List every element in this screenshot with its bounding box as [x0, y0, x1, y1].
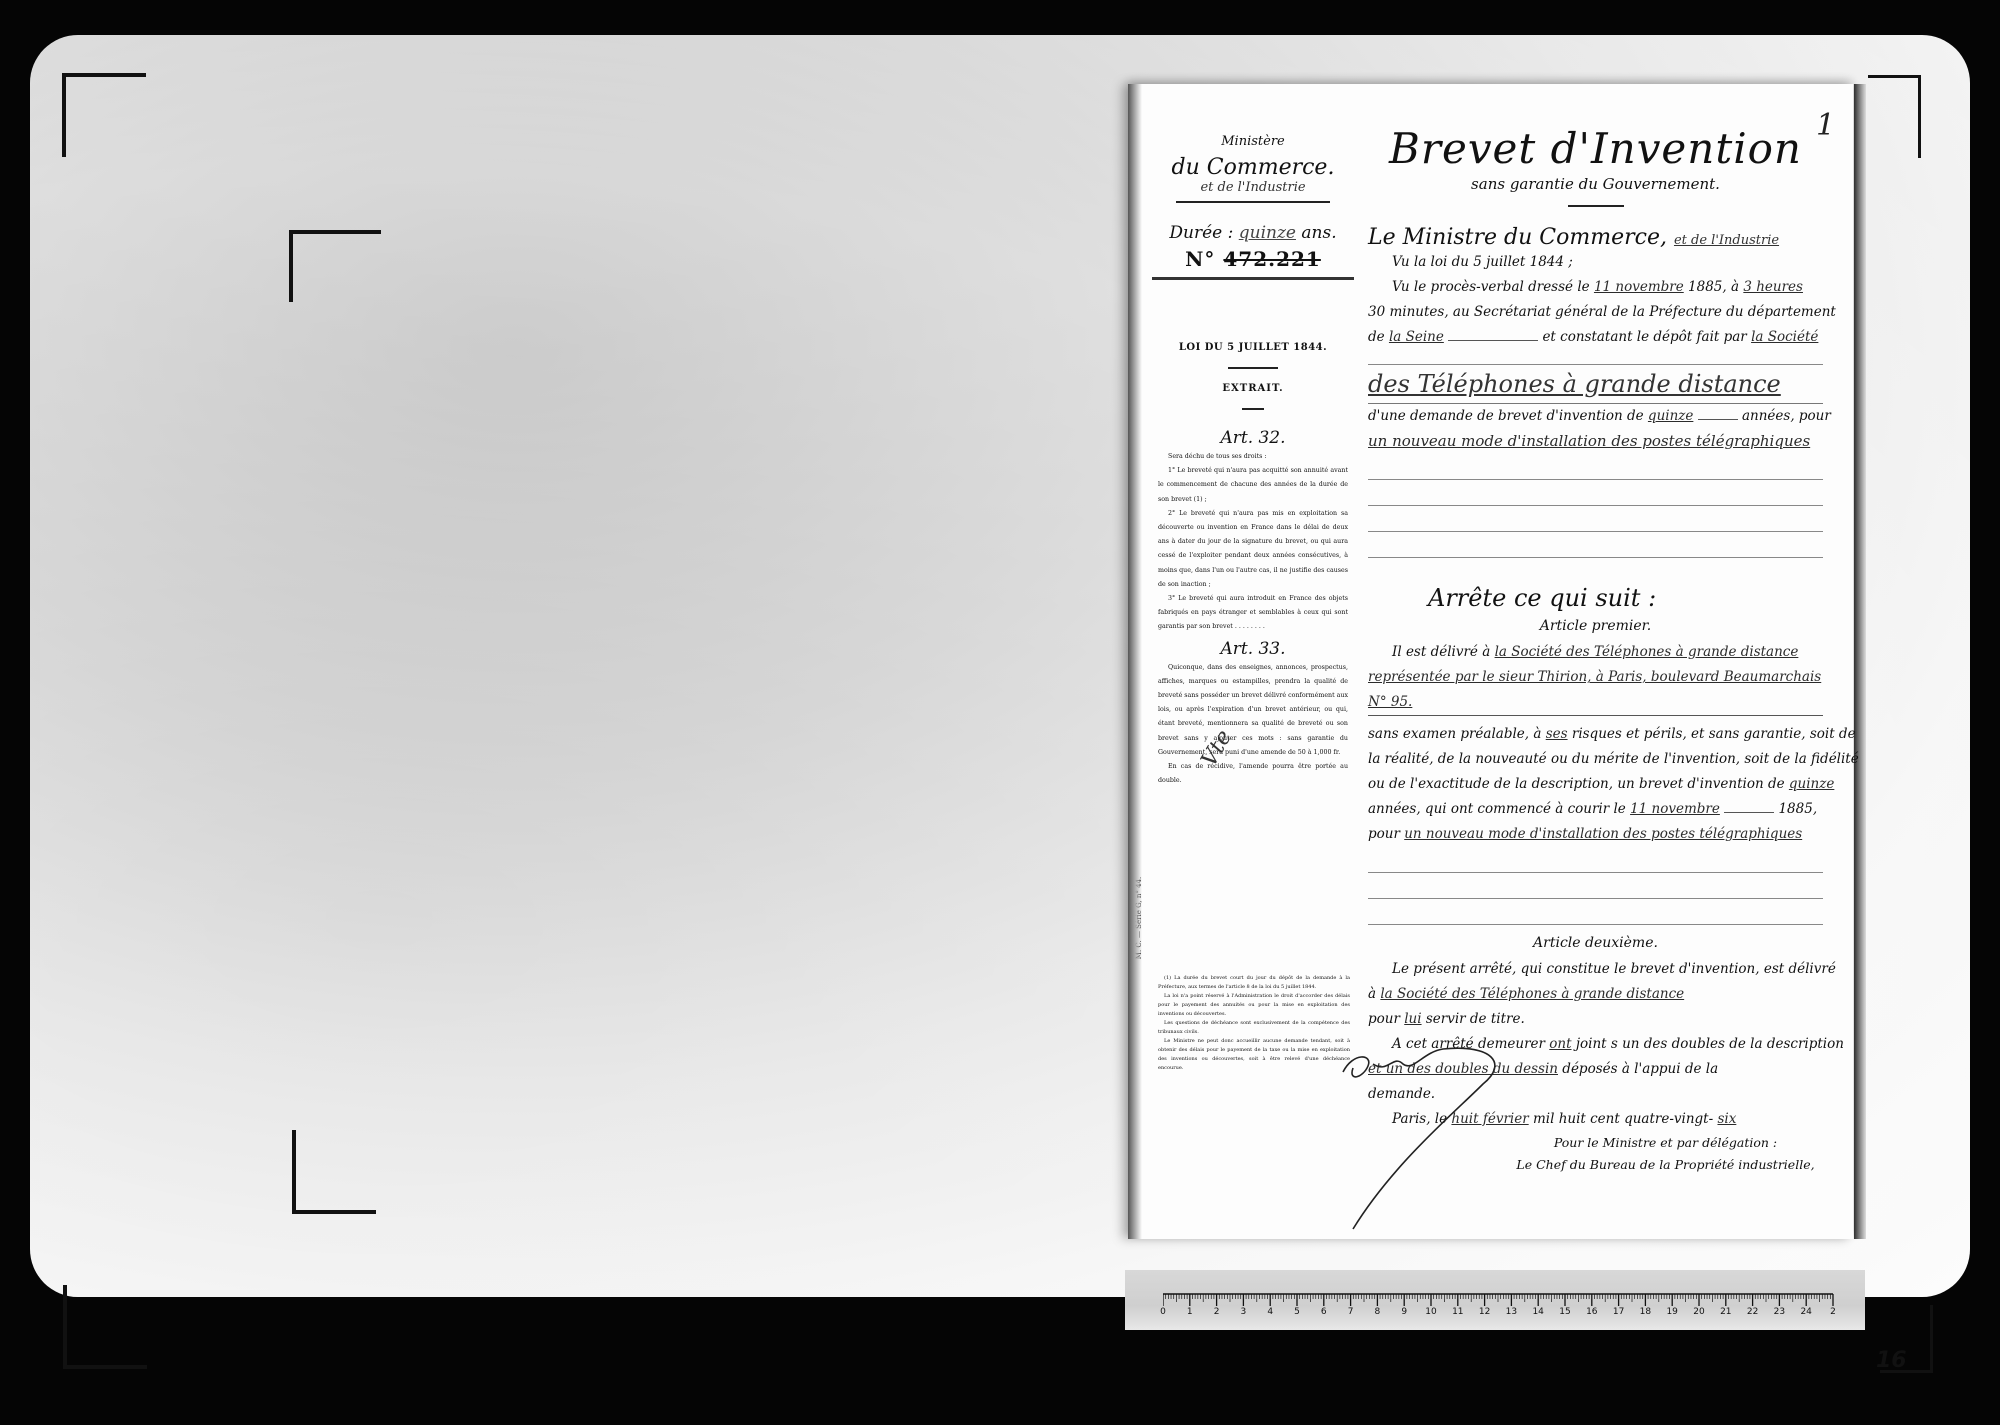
divider — [1242, 408, 1264, 410]
hand-text: lui — [1404, 1011, 1421, 1027]
crop-mark-bottom-left — [63, 1285, 147, 1369]
blank-line — [1368, 480, 1823, 506]
blank-line — [1368, 899, 1823, 925]
ruler-tick-label: 15 — [1559, 1307, 1570, 1317]
text: 1885, — [1778, 801, 1817, 817]
ruler-tick-label: 13 — [1506, 1307, 1517, 1317]
page-spine-shadow — [1128, 84, 1142, 1239]
scale-ruler: 0123456789101112131415161718192021222324… — [1163, 1293, 1833, 1321]
ruler-tick-label: 17 — [1613, 1307, 1624, 1317]
document-title: Brevet d'Invention — [1368, 124, 1823, 173]
ruler-tick-label: 11 — [1452, 1307, 1463, 1317]
text: risques et périls, et sans garantie, soi… — [1572, 726, 1856, 742]
hand-date: 11 novembre — [1630, 801, 1720, 817]
ruler-tick-label: 23 — [1774, 1307, 1785, 1317]
proces-verbal-line: Vu le procès-verbal dressé le 11 novembr… — [1368, 275, 1823, 300]
hand-object: un nouveau mode d'installation des poste… — [1404, 826, 1802, 842]
text: à — [1368, 986, 1376, 1002]
text: pour — [1368, 826, 1400, 842]
text: Vu le procès-verbal dressé le — [1392, 279, 1590, 295]
text: et constatant le dépôt fait par — [1542, 329, 1746, 345]
ruler-tick-label: 20 — [1693, 1307, 1704, 1317]
text: années, qui ont commencé à courir le — [1368, 801, 1626, 817]
ruler-tick-label: 1 — [1187, 1307, 1193, 1317]
hand-text: ont — [1549, 1036, 1571, 1052]
blank-line — [1448, 340, 1538, 341]
ruler-tick-label: 5 — [1294, 1307, 1300, 1317]
ruler-tick-label: 22 — [1747, 1307, 1758, 1317]
signature-icon — [1333, 1044, 1543, 1244]
numero-value: 472.221 — [1223, 247, 1320, 271]
legal-paragraph: 2° Le breveté qui n'aura pas mis en expl… — [1158, 507, 1348, 592]
department-line: de la Seine et constatant le dépôt fait … — [1368, 325, 1823, 350]
article2-title: Article deuxième. — [1368, 935, 1823, 951]
footnote: (1) La durée du brevet court du jour du … — [1158, 974, 1350, 992]
chef-label: Le Chef du Bureau de la Propriété indust… — [1508, 1154, 1823, 1176]
hand-depositor: la Société — [1751, 329, 1818, 345]
duree-unit: ans. — [1301, 223, 1336, 243]
legal-paragraph: Sera déchu de tous ses droits : — [1158, 450, 1348, 464]
ruler-tick-label: 2 — [1830, 1307, 1836, 1317]
blank-line — [1368, 532, 1823, 558]
arrete-heading: Arrête ce qui suit : — [1428, 584, 1823, 612]
ruler-tick-label: 21 — [1720, 1307, 1731, 1317]
text: mil huit cent quatre-vingt- — [1533, 1111, 1713, 1127]
article1-line6: ou de l'exactitude de la description, un… — [1368, 772, 1823, 797]
text: sans examen préalable, à — [1368, 726, 1541, 742]
ruler-tick-label: 18 — [1640, 1307, 1651, 1317]
blank-line — [1368, 873, 1823, 899]
ruler-tick-label: 24 — [1800, 1307, 1811, 1317]
hand-years: quinze — [1789, 776, 1834, 792]
article1-line1: Il est délivré à la Société des Téléphon… — [1368, 640, 1823, 665]
text: 1885, à — [1688, 279, 1739, 295]
legal-paragraph: 3° Le breveté qui aura introduit en Fran… — [1158, 592, 1348, 635]
text: d'une demande de brevet d'invention de — [1368, 408, 1644, 424]
article1-line7: années, qui ont commencé à courir le 11 … — [1368, 797, 1823, 822]
hand-date: 11 novembre — [1594, 279, 1684, 295]
ruler-tick-label: 12 — [1479, 1307, 1490, 1317]
divider — [1152, 277, 1354, 280]
blank-line — [1368, 350, 1823, 365]
ruler-tick-label: 8 — [1375, 1307, 1381, 1317]
legal-paragraph: Quiconque, dans des enseignes, annonces,… — [1158, 661, 1348, 760]
blank-line — [1368, 847, 1823, 873]
hand-year: six — [1717, 1111, 1736, 1127]
divider — [1228, 367, 1278, 369]
invention-object: un nouveau mode d'installation des poste… — [1368, 429, 1823, 454]
vu-loi-line: Vu la loi du 5 juillet 1844 ; — [1368, 250, 1823, 275]
footnote: La loi n'a point réservé à l'Administrat… — [1158, 992, 1350, 1019]
ruler-tick-label: 0 — [1160, 1307, 1166, 1317]
article1-line8: pour un nouveau mode d'installation des … — [1368, 822, 1823, 847]
ruler-tick-label: 16 — [1586, 1307, 1597, 1317]
crop-mark-inner-top-left — [289, 230, 381, 302]
article2-line3: pour lui servir de titre. — [1368, 1007, 1823, 1032]
duree-label: Durée : — [1169, 223, 1233, 243]
hand-beneficiary: la Société des Téléphones à grande dista… — [1495, 644, 1799, 660]
art33-text: Quiconque, dans des enseignes, annonces,… — [1158, 661, 1348, 789]
extrait-heading: EXTRAIT. — [1158, 383, 1348, 394]
minister-hand: et de l'Industrie — [1674, 233, 1779, 248]
page-edge — [1854, 84, 1866, 1239]
ruler-tick-label: 9 — [1401, 1307, 1407, 1317]
article1-line4: sans examen préalable, à ses risques et … — [1368, 722, 1823, 747]
hand-text: ses — [1546, 726, 1568, 742]
ministere-label: Ministère — [1158, 134, 1348, 149]
footnotes: (1) La durée du brevet court du jour du … — [1158, 974, 1350, 1073]
duree-line: Durée : quinze ans. — [1158, 223, 1348, 243]
legal-paragraph: 1° Le breveté qui n'aura pas acquitté so… — [1158, 464, 1348, 507]
text: servir de titre. — [1426, 1011, 1525, 1027]
ruler-tick-label: 14 — [1532, 1307, 1543, 1317]
text: de — [1368, 329, 1385, 345]
plate-number: 16 — [1876, 1348, 1907, 1373]
commerce-label: du Commerce. — [1158, 155, 1348, 180]
loi-heading: LOI DU 5 JUILLET 1844. — [1158, 342, 1348, 353]
blank-line — [1368, 454, 1823, 480]
left-column: Ministère du Commerce. et de l'Industrie… — [1158, 134, 1348, 788]
article1-line5: la réalité, de la nouveauté ou du mérite… — [1368, 747, 1823, 772]
text: années, pour — [1742, 408, 1831, 424]
depositor-name: des Téléphones à grande distance — [1368, 365, 1823, 404]
ruler-tick-label: 2 — [1214, 1307, 1220, 1317]
right-column: Brevet d'Invention sans garantie du Gouv… — [1368, 124, 1823, 1176]
text: déposés à l'appui de la — [1562, 1061, 1718, 1077]
article2-line2: à la Société des Téléphones à grande dis… — [1368, 982, 1823, 1007]
demande-line: d'une demande de brevet d'invention de q… — [1368, 404, 1823, 429]
minister-label: Le Ministre du Commerce, — [1368, 225, 1667, 250]
proces-verbal-line-2: 30 minutes, au Secrétariat général de la… — [1368, 300, 1823, 325]
industrie-label: et de l'Industrie — [1176, 180, 1330, 203]
text: Il est délivré à — [1392, 644, 1490, 660]
article1-title: Article premier. — [1368, 618, 1823, 634]
ruler-tick-label: 6 — [1321, 1307, 1327, 1317]
hand-beneficiary: la Société des Téléphones à grande dista… — [1380, 986, 1684, 1002]
footnote: Les questions de déchéance sont exclusiv… — [1158, 1019, 1350, 1037]
blank-line — [1368, 506, 1823, 532]
legal-paragraph: En cas de récidive, l'amende pourra être… — [1158, 760, 1348, 788]
blank-line — [1724, 812, 1774, 813]
ruler-tick-label: 4 — [1267, 1307, 1273, 1317]
signature-block: Pour le Ministre et par délégation : Le … — [1508, 1132, 1823, 1176]
art33-title: Art. 33. — [1158, 639, 1348, 659]
patent-number: N° 472.221 — [1158, 247, 1348, 271]
duree-value: quinze — [1239, 223, 1296, 243]
text: joint s un des doubles de la description — [1576, 1036, 1844, 1052]
article1-line2: représentée par le sieur Thirion, à Pari… — [1368, 665, 1823, 690]
ruler-tick-label: 3 — [1241, 1307, 1247, 1317]
footnote: Le Ministre ne peut donc accueillir aucu… — [1158, 1037, 1350, 1073]
art32-title: Art. 32. — [1158, 428, 1348, 448]
hand-years: quinze — [1648, 408, 1693, 424]
text: pour — [1368, 1011, 1400, 1027]
crop-mark-inner-bottom-left — [292, 1130, 376, 1214]
minister-line: Le Ministre du Commerce, et de l'Industr… — [1368, 225, 1823, 250]
hand-department: la Seine — [1389, 329, 1444, 345]
delegation-label: Pour le Ministre et par délégation : — [1508, 1132, 1823, 1154]
crop-mark-top-right — [1868, 75, 1921, 158]
divider — [1568, 205, 1624, 207]
blank-line — [1698, 419, 1738, 420]
hand-hour: 3 heures — [1743, 279, 1803, 295]
document-subtitle: sans garantie du Gouvernement. — [1368, 175, 1823, 193]
crop-mark-top-left — [62, 73, 146, 157]
ruler-tick-label: 19 — [1666, 1307, 1677, 1317]
text: ou de l'exactitude de la description, un… — [1368, 776, 1785, 792]
ruler-tick-label: 10 — [1425, 1307, 1436, 1317]
ruler-tick-label: 7 — [1348, 1307, 1354, 1317]
article2-line1: Le présent arrêté, qui constitue le brev… — [1368, 957, 1823, 982]
patent-document: Ministère du Commerce. et de l'Industrie… — [1128, 84, 1853, 1239]
art32-text: Sera déchu de tous ses droits : 1° Le br… — [1158, 450, 1348, 635]
numero-label: N° — [1185, 247, 1215, 271]
article1-line3: N° 95. — [1368, 690, 1823, 716]
